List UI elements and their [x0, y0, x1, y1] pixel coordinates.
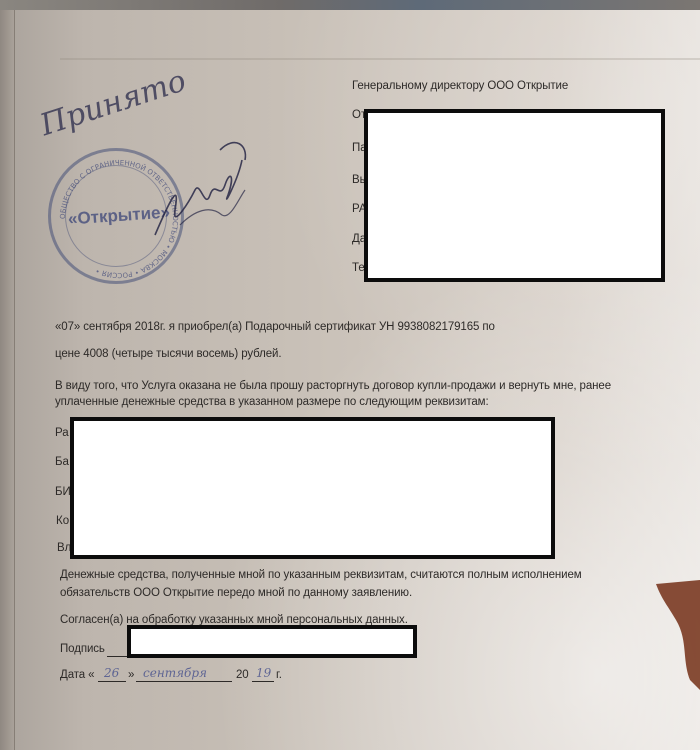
sheet-protector-edge — [0, 10, 15, 750]
corr-account-label-stub: Ко — [56, 515, 69, 527]
redaction-signature — [127, 625, 417, 658]
purchase-statement-line1: «07» сентября 2018г. я приобрел(а) Подар… — [55, 321, 495, 333]
date-year-prefix: 20 — [236, 669, 249, 681]
bank-label-stub: Ба — [55, 456, 69, 468]
bic-label-stub: БИ — [55, 486, 71, 498]
date-day-underline — [98, 681, 126, 682]
signature-scribble — [150, 140, 250, 250]
date-month-underline — [136, 681, 232, 682]
date-separator: » — [128, 669, 134, 681]
date-month: сентября — [143, 666, 207, 680]
redaction-bank-details — [70, 417, 555, 559]
date-year-underline — [252, 681, 274, 682]
torn-protector-corner — [652, 580, 700, 690]
date-year-end: г. — [276, 669, 282, 681]
purchase-statement-line2: цене 4008 (четыре тысячи восемь) рублей. — [55, 348, 281, 360]
date-year-suffix: 19 — [256, 666, 271, 680]
fulfillment-statement-line2: обязательств ООО Открытие передо мной по… — [60, 587, 412, 599]
refund-request-line2: уплаченные денежные средства в указанном… — [55, 396, 489, 408]
date-day: 26 — [104, 666, 119, 680]
signature-label: Подпись — [60, 643, 105, 655]
date-label: Дата « — [60, 669, 94, 681]
addressee: Генеральному директору ООО Открытие — [352, 80, 568, 92]
phone-label-stub: Те — [352, 262, 365, 274]
redaction-applicant-info — [364, 109, 665, 282]
account-label-stub: Ра — [55, 427, 69, 439]
refund-request-line1: В виду того, что Услуга оказана не была … — [55, 380, 611, 392]
paper-fold — [60, 58, 700, 60]
fulfillment-statement-line1: Денежные средства, полученные мной по ук… — [60, 569, 582, 581]
